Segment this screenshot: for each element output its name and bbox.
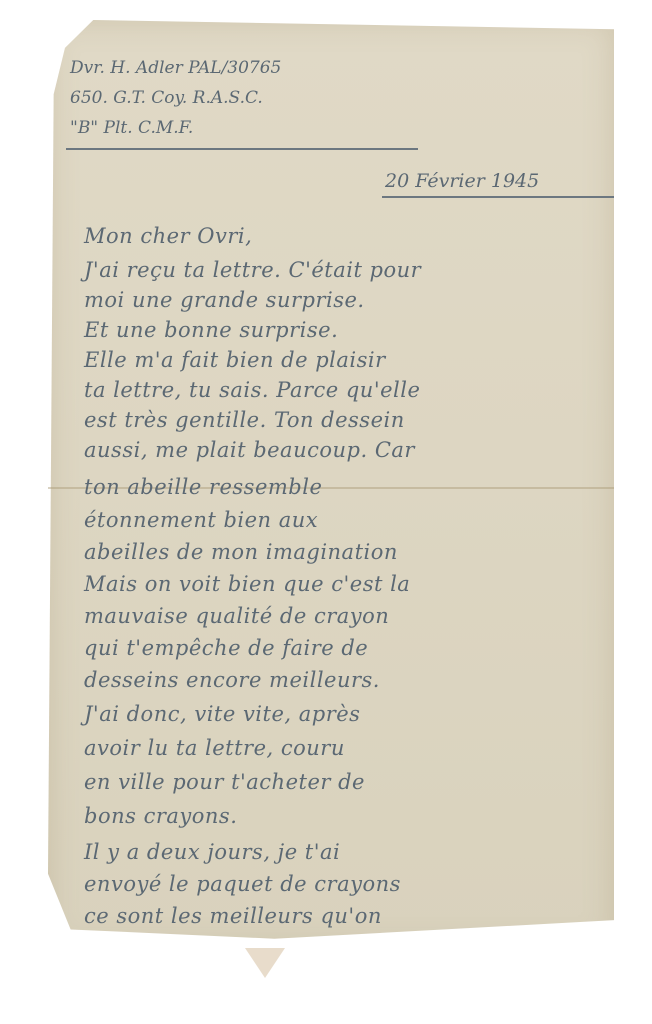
body-line: envoyé le paquet de crayons <box>84 872 401 896</box>
body-line: en ville pour t'acheter de <box>84 770 365 794</box>
body-line: ton abeille ressemble <box>84 475 322 499</box>
body-line: ce sont les meilleurs qu'on <box>84 904 382 928</box>
body-line: Elle m'a fait bien de plaisir <box>84 348 386 372</box>
body-line: bons crayons. <box>84 804 237 828</box>
body-line: aussi, me plait beaucoup. Car <box>84 438 415 462</box>
sender-line-1: Dvr. H. Adler PAL/30765 <box>70 58 281 78</box>
body-line: qui t'empêche de faire de <box>84 636 368 660</box>
header-underline <box>66 148 418 150</box>
body-line: est très gentille. Ton dessein <box>84 408 405 432</box>
body-line: moi une grande surprise. <box>84 288 365 312</box>
body-line: Mais on voit bien que c'est la <box>84 572 410 596</box>
sender-line-2: 650. G.T. Coy. R.A.S.C. <box>70 88 263 108</box>
body-line: Et une bonne surprise. <box>84 318 338 342</box>
body-line: étonnement bien aux <box>84 508 318 532</box>
body-line: Il y a deux jours, je t'ai <box>84 840 340 864</box>
letter-date: 20 Février 1945 <box>385 170 539 192</box>
date-underline <box>382 196 614 198</box>
body-line: J'ai reçu ta lettre. C'était pour <box>84 258 421 282</box>
body-line: abeilles de mon imagination <box>84 540 398 564</box>
torn-tab <box>245 948 285 978</box>
salutation: Mon cher Ovri, <box>84 224 252 248</box>
sender-line-3: "B" Plt. C.M.F. <box>70 118 193 138</box>
body-line: avoir lu ta lettre, couru <box>84 736 345 760</box>
body-line: J'ai donc, vite vite, après <box>84 702 360 726</box>
body-line: ta lettre, tu sais. Parce qu'elle <box>84 378 420 402</box>
body-line: mauvaise qualité de crayon <box>84 604 389 628</box>
body-line: desseins encore meilleurs. <box>84 668 380 692</box>
